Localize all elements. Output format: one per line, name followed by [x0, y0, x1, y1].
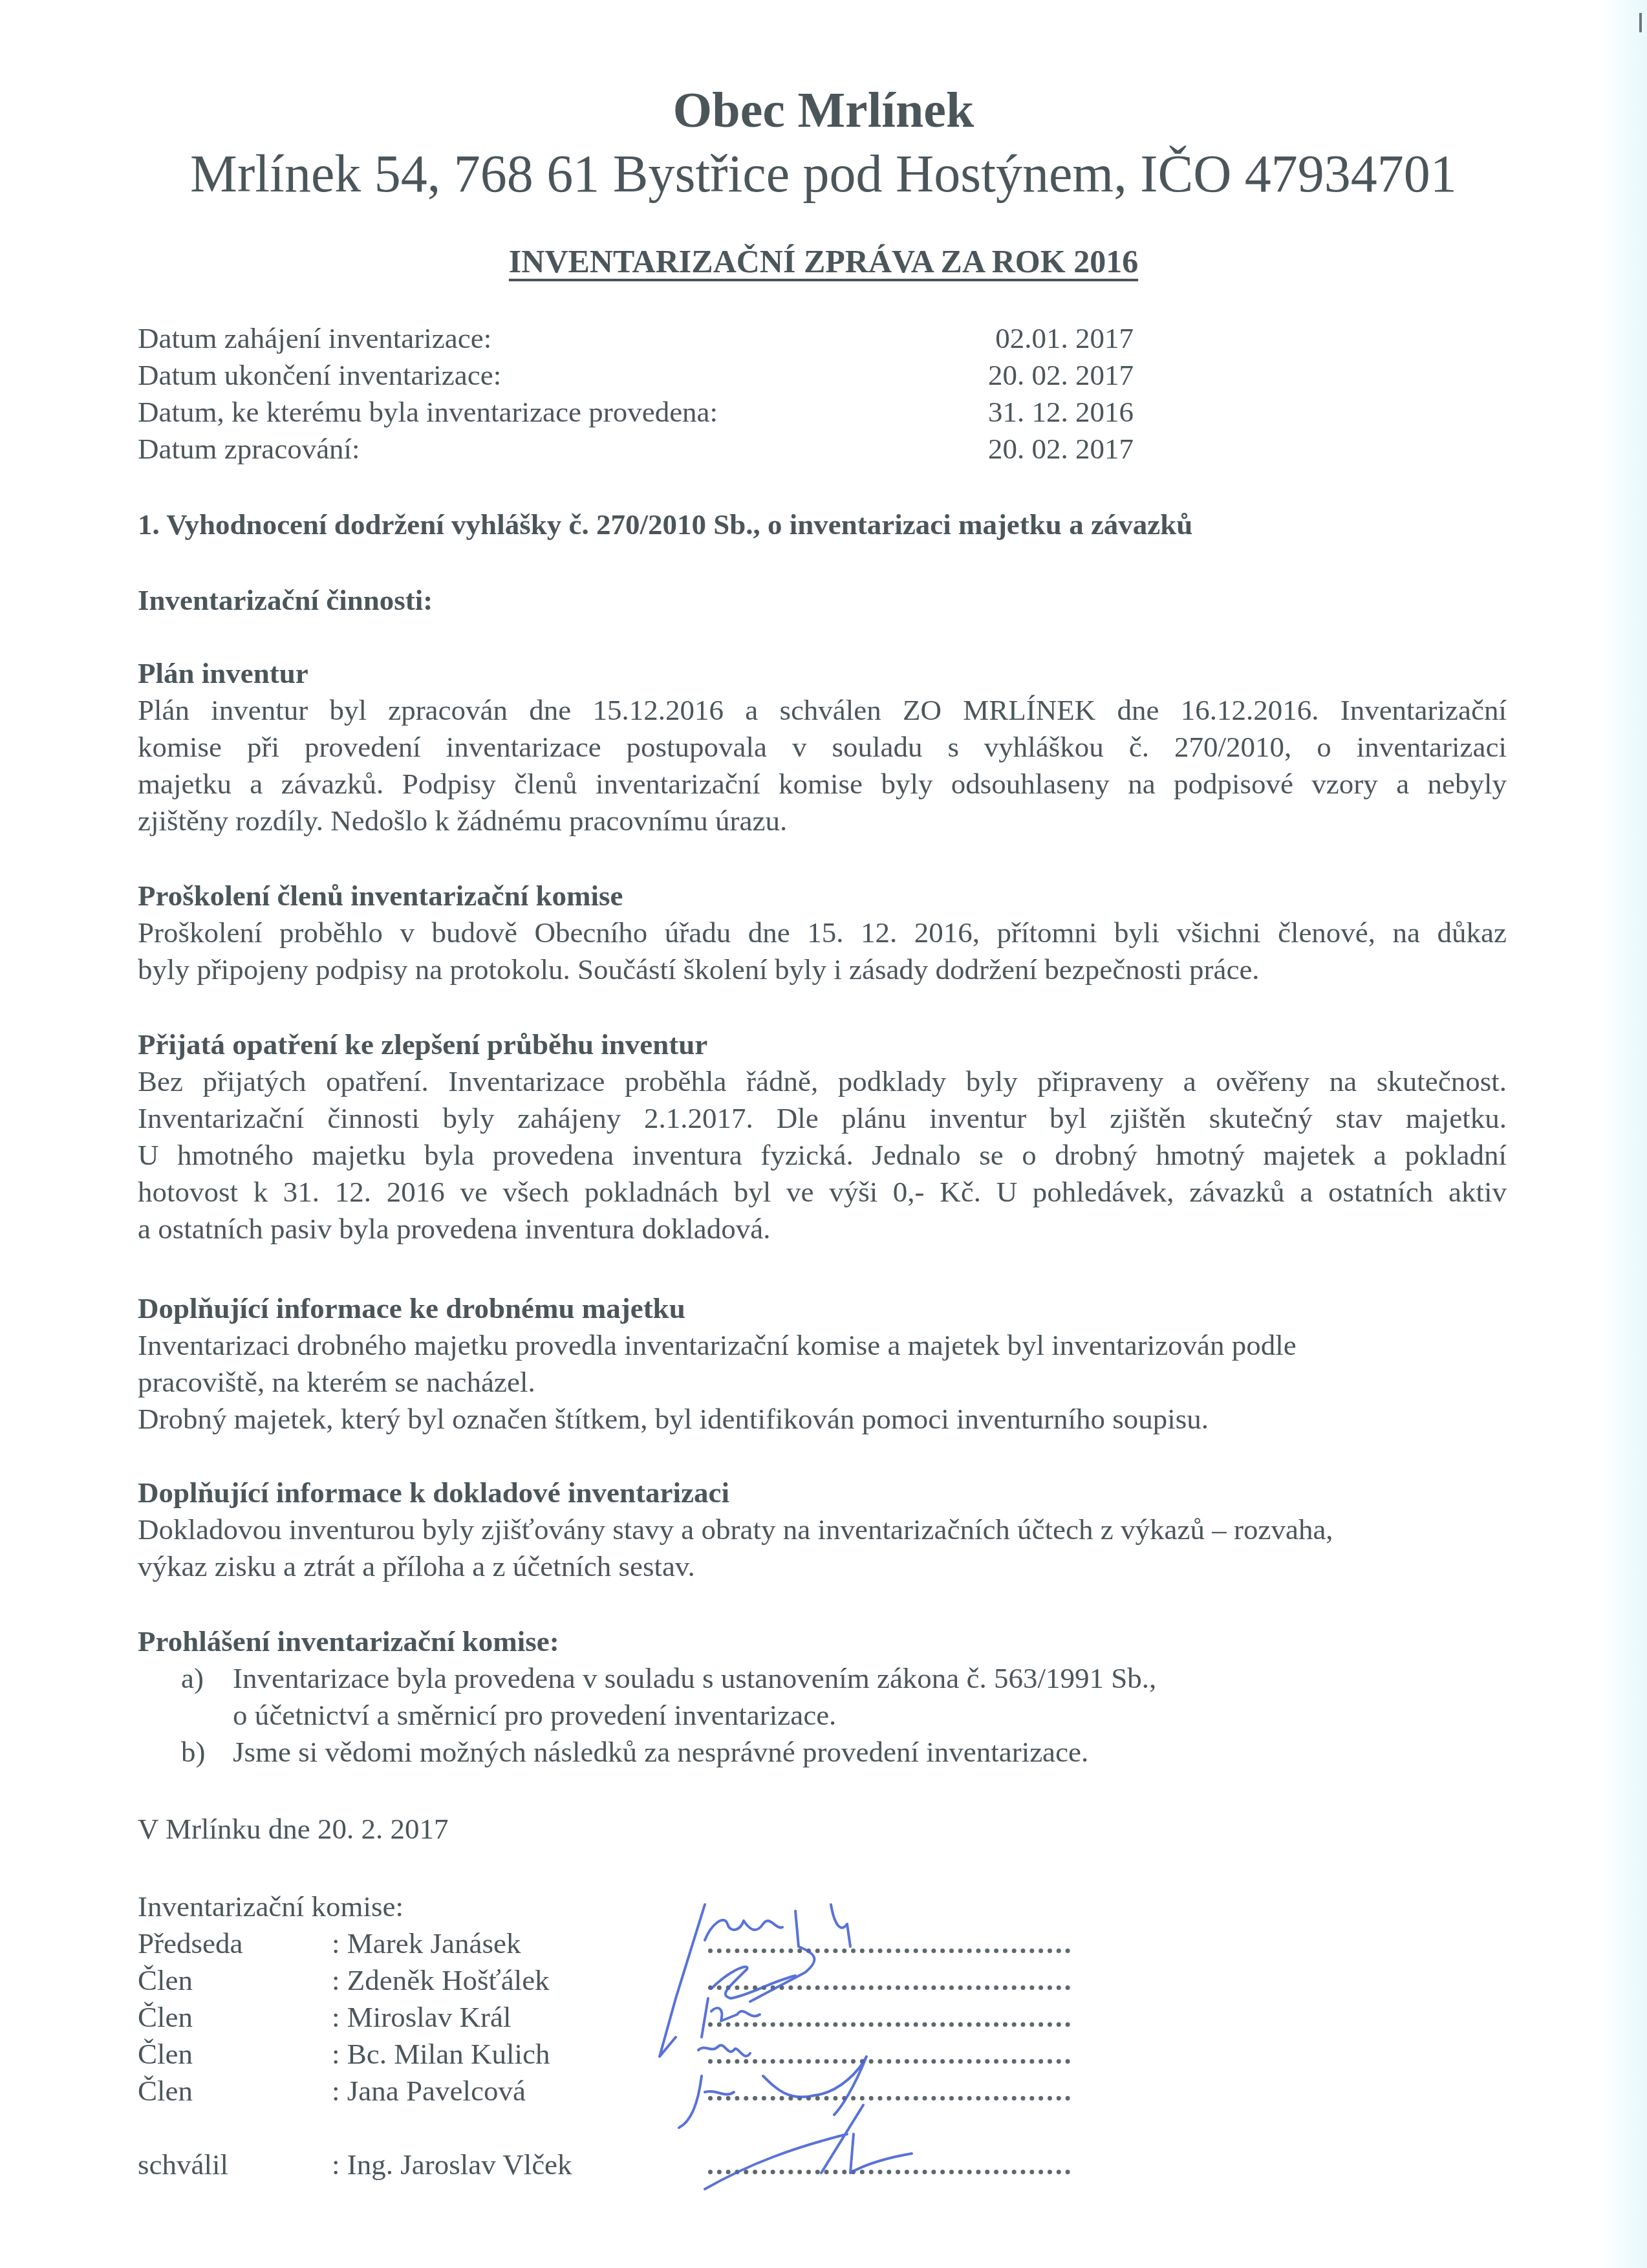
- section-heading: Přijatá opatření ke zlepšení průběhu inv…: [138, 1026, 1507, 1063]
- signature-line-chair: [708, 1949, 1070, 1953]
- section-heading: Proškolení členů inventarizační komise: [138, 878, 1507, 914]
- paragraph-line: Drobný majetek, který byl označen štítke…: [138, 1401, 1507, 1438]
- date-row: Datum zpracování:20. 02. 2017: [138, 431, 1134, 468]
- committee-list: Inventarizační komise: Předseda: Marek J…: [138, 1888, 572, 2183]
- paragraph-line: Inventarizační činnosti byly zahájeny 2.…: [138, 1100, 1507, 1137]
- signature-pavelcova: [679, 2057, 867, 2128]
- committee-member: Předseda: Marek Janásek: [138, 1925, 572, 1962]
- signature-stroke-check: [660, 1905, 705, 2057]
- member-role: Člen: [138, 1999, 332, 2036]
- section-training: Proškolení členů inventarizační komise P…: [138, 878, 1507, 988]
- committee-member: Člen: Bc. Milan Kulich: [138, 2036, 572, 2073]
- member-name: : Jana Pavelcová: [332, 2073, 526, 2110]
- list-marker: a): [181, 1660, 233, 1697]
- paragraph-line: Dokladovou inventurou byly zjišťovány st…: [138, 1511, 1507, 1548]
- member-role: Člen: [138, 1962, 332, 1999]
- committee-heading: Inventarizační komise:: [138, 1888, 404, 1925]
- paragraph-line: majetku a závazků. Podpisy členů inventa…: [138, 766, 1507, 803]
- dates-table: Datum zahájení inventarizace:02.01. 2017…: [138, 320, 1134, 468]
- section-small-assets: Doplňující informace ke drobnému majetku…: [138, 1290, 1507, 1438]
- committee-member: Člen: Miroslav Král: [138, 1999, 572, 2036]
- date-value: 31. 12. 2016: [988, 394, 1134, 431]
- place-date: V Mrlínku dne 20. 2. 2017: [138, 1811, 448, 1848]
- section-measures: Přijatá opatření ke zlepšení průběhu inv…: [138, 1026, 1507, 1247]
- member-role: Předseda: [138, 1925, 332, 1962]
- committee-member: Člen: Zdeněk Hošťálek: [138, 1962, 572, 1999]
- paragraph-line: Proškolení proběhlo v budově Obecního úř…: [138, 914, 1507, 951]
- list-marker: b): [181, 1734, 233, 1771]
- activities-heading: Inventarizační činnosti:: [138, 582, 433, 619]
- date-row: Datum zahájení inventarizace:02.01. 2017: [138, 320, 1134, 357]
- signature-line-member: [708, 2096, 1070, 2101]
- date-value: 20. 02. 2017: [988, 357, 1134, 394]
- section-1-heading: 1. Vyhodnocení dodržení vyhlášky č. 270/…: [138, 506, 1192, 543]
- paragraph-line: byly připojeny podpisy na protokolu. Sou…: [138, 951, 1507, 988]
- date-label: Datum zpracování:: [138, 431, 360, 468]
- section-heading: Doplňující informace ke drobnému majetku: [138, 1290, 1507, 1327]
- list-text: Inventarizace byla provedena v souladu s…: [233, 1662, 1156, 1694]
- signature-vlcek: [705, 2105, 912, 2189]
- paragraph-line: Plán inventur byl zpracován dne 15.12.20…: [138, 692, 1507, 729]
- committee-member: Člen: Jana Pavelcová: [138, 2073, 572, 2110]
- report-title: INVENTARIZAČNÍ ZPRÁVA ZA ROK 2016: [0, 243, 1647, 280]
- signature-kral: [702, 1998, 760, 2037]
- section-document-inventory: Doplňující informace k dokladové inventa…: [138, 1474, 1507, 1585]
- date-label: Datum, ke kterému byla inventarizace pro…: [138, 394, 718, 431]
- paragraph-line: zjištěny rozdíly. Nedošlo k žádnému prac…: [138, 803, 1507, 839]
- date-value: 02.01. 2017: [995, 320, 1134, 357]
- organization-name: Obec Mrlínek: [0, 81, 1647, 139]
- approver-role: schválil: [138, 2146, 332, 2183]
- member-role: Člen: [138, 2073, 332, 2110]
- date-label: Datum zahájení inventarizace:: [138, 320, 491, 357]
- approver-row: schválil: Ing. Jaroslav Vlček: [138, 2146, 572, 2183]
- paragraph-line: pracoviště, na kterém se nacházel.: [138, 1364, 1507, 1401]
- date-value: 20. 02. 2017: [988, 431, 1134, 468]
- list-text: Jsme si vědomi možných následků za nespr…: [233, 1736, 1088, 1768]
- date-row: Datum ukončení inventarizace:20. 02. 201…: [138, 357, 1134, 394]
- member-role: Člen: [138, 2036, 332, 2073]
- paragraph-line: Inventarizaci drobného majetku provedla …: [138, 1327, 1507, 1364]
- paragraph-line: a ostatních pasiv byla provedena inventu…: [138, 1211, 1507, 1247]
- paragraph-line: hotovost k 31. 12. 2016 ve všech pokladn…: [138, 1174, 1507, 1211]
- member-name: : Bc. Milan Kulich: [332, 2036, 550, 2073]
- declaration-heading: Prohlášení inventarizační komise:: [138, 1623, 559, 1660]
- list-text: o účetnictví a směrnicí pro provedení in…: [181, 1697, 1156, 1734]
- paragraph-line: výkaz zisku a ztrát a příloha a z účetní…: [138, 1548, 1507, 1585]
- signature-line-approver: [708, 2170, 1070, 2174]
- signature-kulich: [698, 2046, 750, 2057]
- paragraph-line: komise při provedení inventarizace postu…: [138, 729, 1507, 766]
- member-name: : Zdeněk Hošťálek: [332, 1962, 550, 1999]
- organization-address: Mrlínek 54, 768 61 Bystřice pod Hostýnem…: [0, 144, 1647, 204]
- signature-line-member: [708, 1985, 1070, 1990]
- scan-edge-mark: [1639, 13, 1642, 32]
- date-row: Datum, ke kterému byla inventarizace pro…: [138, 394, 1134, 431]
- declaration-item-a: a)Inventarizace byla provedena v souladu…: [181, 1660, 1156, 1734]
- section-plan-inventur: Plán inventur Plán inventur byl zpracová…: [138, 655, 1507, 839]
- paragraph-line: Bez přijatých opatření. Inventarizace pr…: [138, 1063, 1507, 1100]
- report-title-text: INVENTARIZAČNÍ ZPRÁVA ZA ROK 2016: [509, 243, 1138, 279]
- scan-edge-tint: [1602, 0, 1647, 2268]
- declaration-item-b: b)Jsme si vědomi možných následků za nes…: [181, 1734, 1088, 1771]
- member-name: : Miroslav Král: [332, 1999, 511, 2036]
- date-label: Datum ukončení inventarizace:: [138, 357, 501, 394]
- paragraph-line: U hmotného majetku byla provedena invent…: [138, 1137, 1507, 1174]
- signature-line-member: [708, 2059, 1070, 2064]
- section-heading: Plán inventur: [138, 655, 1507, 692]
- signature-line-member: [708, 2022, 1070, 2027]
- committee-heading-row: Inventarizační komise:: [138, 1888, 572, 1925]
- section-heading: Doplňující informace k dokladové inventa…: [138, 1474, 1507, 1511]
- signature-hostalek: [711, 1967, 795, 1998]
- approver-name: : Ing. Jaroslav Vlček: [332, 2146, 572, 2183]
- member-name: : Marek Janásek: [332, 1925, 521, 1962]
